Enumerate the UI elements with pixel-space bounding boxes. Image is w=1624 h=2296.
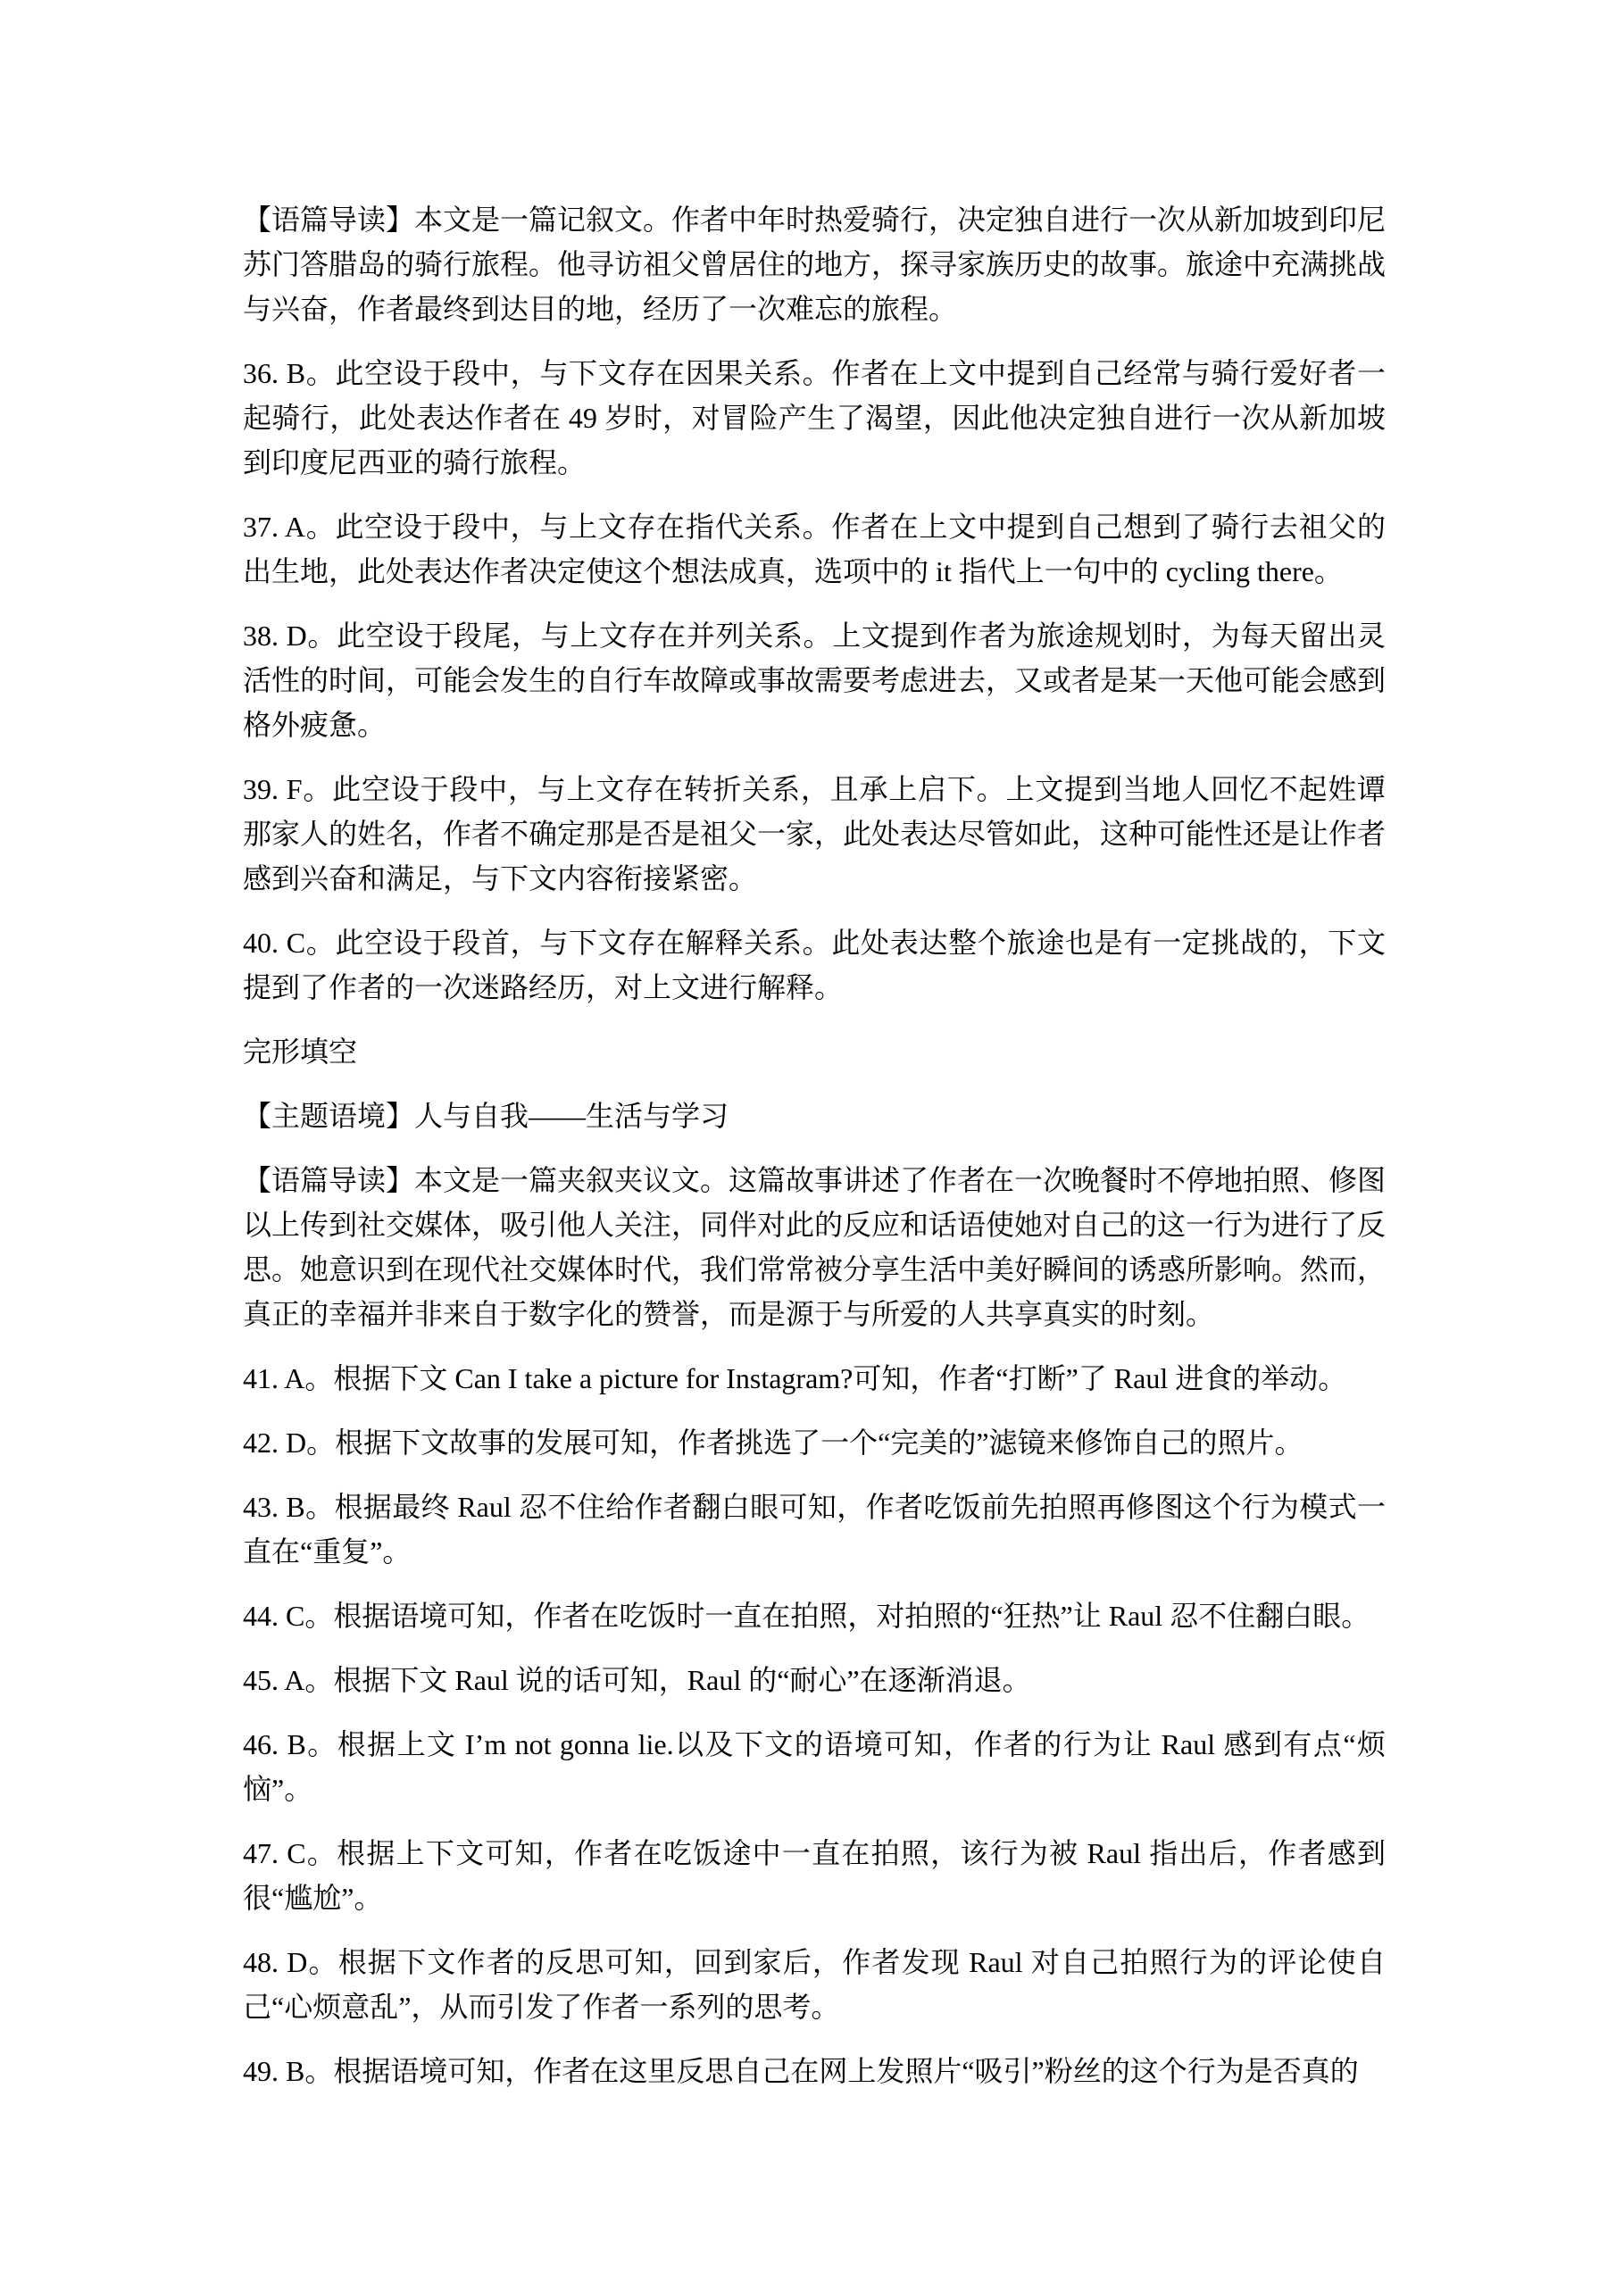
answer-explanation-38: 38. D。此空设于段尾，与上文存在并列关系。上文提到作者为旅途规划时，为每天留… [243, 613, 1386, 747]
answer-explanation-39: 39. F。此空设于段中，与上文存在转折关系，且承上启下。上文提到当地人回忆不起… [243, 767, 1386, 901]
answer-explanation-43: 43. B。根据最终 Raul 忍不住给作者翻白眼可知，作者吃饭前先拍照再修图这… [243, 1485, 1386, 1574]
answer-explanation-46: 46. B。根据上文 I’m not gonna lie.以及下文的语境可知，作… [243, 1722, 1386, 1811]
answer-explanation-44: 44. C。根据语境可知，作者在吃饭时一直在拍照，对拍照的“狂热”让 Raul … [243, 1593, 1386, 1638]
document-text-block: 【语篇导读】本文是一篇记叙文。作者中年时热爱骑行，决定独自进行一次从新加坡到印尼… [243, 197, 1386, 2093]
reading-intro-paragraph: 【语篇导读】本文是一篇记叙文。作者中年时热爱骑行，决定独自进行一次从新加坡到印尼… [243, 197, 1386, 331]
answer-explanation-45: 45. A。根据下文 Raul 说的话可知，Raul 的“耐心”在逐渐消退。 [243, 1658, 1386, 1702]
answer-explanation-41: 41. A。根据下文 Can I take a picture for Inst… [243, 1356, 1386, 1401]
answer-explanation-48: 48. D。根据下文作者的反思可知，回到家后，作者发现 Raul 对自己拍照行为… [243, 1940, 1386, 2029]
cloze-intro-paragraph: 【语篇导读】本文是一篇夹叙夹议文。这篇故事讲述了作者在一次晚餐时不停地拍照、修图… [243, 1158, 1386, 1336]
answer-explanation-37: 37. A。此空设于段中，与上文存在指代关系。作者在上文中提到自己想到了骑行去祖… [243, 504, 1386, 594]
answer-explanation-42: 42. D。根据下文故事的发展可知，作者挑选了一个“完美的”滤镜来修饰自己的照片… [243, 1420, 1386, 1465]
answer-explanation-49: 49. B。根据语境可知，作者在这里反思自己在网上发照片“吸引”粉丝的这个行为是… [243, 2049, 1386, 2093]
theme-context-line: 【主题语境】人与自我——生活与学习 [243, 1094, 1386, 1138]
answer-explanation-47: 47. C。根据上下文可知，作者在吃饭途中一直在拍照，该行为被 Raul 指出后… [243, 1831, 1386, 1920]
answer-explanation-36: 36. B。此空设于段中，与下文存在因果关系。作者在上文中提到自己经常与骑行爱好… [243, 351, 1386, 485]
section-heading-cloze: 完形填空 [243, 1029, 1386, 1074]
document-page: 【语篇导读】本文是一篇记叙文。作者中年时热爱骑行，决定独自进行一次从新加坡到印尼… [0, 0, 1624, 2296]
answer-explanation-40: 40. C。此空设于段首，与下文存在解释关系。此处表达整个旅途也是有一定挑战的，… [243, 920, 1386, 1010]
